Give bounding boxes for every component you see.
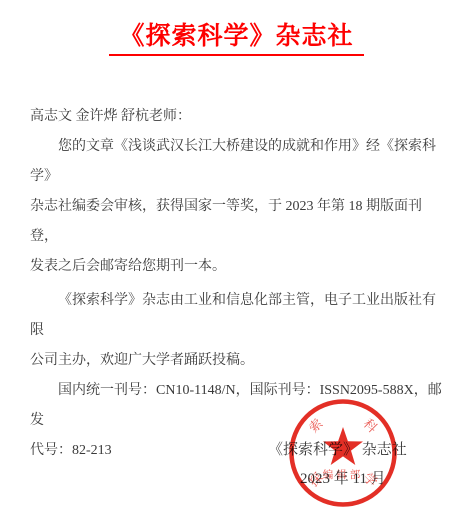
stamp-ring-char-top-left: 索	[306, 416, 326, 436]
stamp-ring-char-bottom-right: 学	[360, 470, 380, 490]
page-title: 《探索科学》杂志社	[109, 16, 363, 56]
official-seal-stamp: 探 索 科 学 编辑部	[288, 398, 398, 508]
stamp-star-icon	[323, 427, 363, 465]
paragraph-publisher: 《探索科学》杂志由工业和信息化部主管，电子工业出版社有限 公司主办，欢迎广大学者…	[30, 286, 445, 376]
greeting-line: 高志文 金许烨 舒杭老师：	[30, 102, 445, 132]
stamp-ring-char-top-right: 科	[360, 416, 380, 436]
letter-title-row: 《探索科学》杂志社	[0, 16, 473, 56]
paragraph-acceptance: 您的文章《浅谈武汉长江大桥建设的成就和作用》经《探索科学》 杂志社编委会审核，获…	[30, 132, 445, 282]
letter-page: 《探索科学》杂志社 高志文 金许烨 舒杭老师： 您的文章《浅谈武汉长江大桥建设的…	[0, 0, 473, 526]
stamp-bottom-label: 编辑部	[323, 468, 364, 481]
